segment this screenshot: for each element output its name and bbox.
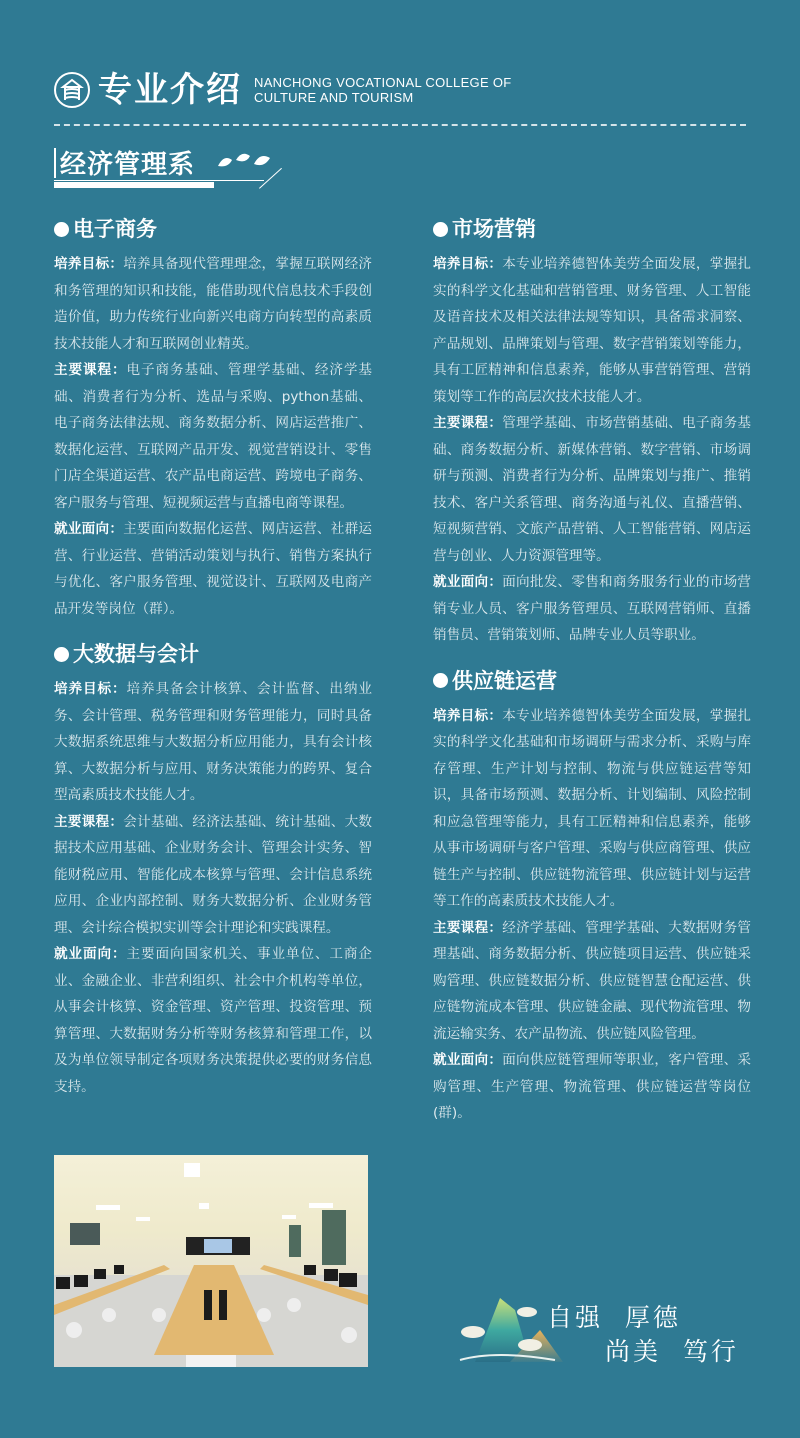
major-title-text: 电子商务 bbox=[73, 215, 157, 243]
major-marketing: 市场营销 培养目标：本专业培养德智体美劳全面发展，掌握扎实的科学文化基础和营销管… bbox=[433, 215, 751, 649]
major-title: 供应链运营 bbox=[433, 667, 751, 695]
section-label: 培养目标： bbox=[54, 256, 123, 272]
major-title: 大数据与会计 bbox=[54, 640, 372, 668]
department-title: 经济管理系 bbox=[60, 144, 195, 181]
college-name-line2: CULTURE AND TOURISM bbox=[254, 90, 512, 105]
motto-line2: 尚美 笃行 bbox=[605, 1332, 739, 1368]
training-goal: 培养目标：培养具备会计核算、会计监督、出纳业务、会计管理、税务管理和财务管理能力… bbox=[54, 676, 372, 809]
training-goal: 培养目标：本专业培养德智体美劳全面发展，掌握扎实的科学文化基础和营销管理、财务管… bbox=[433, 251, 751, 410]
section-label: 培养目标： bbox=[433, 256, 502, 272]
bullet-icon bbox=[433, 673, 448, 688]
section-label: 主要课程： bbox=[54, 814, 123, 830]
college-name-line1: NANCHONG VOCATIONAL COLLEGE OF bbox=[254, 75, 512, 90]
main-courses: 主要课程：电子商务基础、管理学基础、经济学基础、消费者行为分析、选品与采购、py… bbox=[54, 357, 372, 516]
main-courses: 主要课程：会计基础、经济法基础、统计基础、大数据技术应用基础、企业财务会计、管理… bbox=[54, 809, 372, 942]
section-text: 电子商务基础、管理学基础、经济学基础、消费者行为分析、选品与采购、python基… bbox=[54, 362, 372, 511]
section-text: 管理学基础、市场营销基础、电子商务基础、商务数据分析、新媒体营销、数字营销、市场… bbox=[433, 415, 751, 564]
major-title-text: 大数据与会计 bbox=[73, 640, 199, 668]
training-goal: 培养目标：本专业培养德智体美劳全面发展，掌握扎实的科学文化基础和市场调研与需求分… bbox=[433, 703, 751, 915]
department-heading: 经济管理系 bbox=[54, 140, 294, 192]
heading-bar-decoration bbox=[54, 148, 56, 178]
college-motto: 自强 厚德 尚美 笃行 bbox=[455, 1290, 755, 1370]
section-label: 主要课程： bbox=[54, 362, 126, 378]
bullet-icon bbox=[54, 222, 69, 237]
section-label: 培养目标： bbox=[54, 681, 126, 697]
section-label: 就业面向： bbox=[433, 1052, 502, 1068]
career-direction: 就业面向：面向供应链管理师等职业，客户管理、采购管理、生产管理、物流管理、供应链… bbox=[433, 1047, 751, 1127]
major-big-data-accounting: 大数据与会计 培养目标：培养具备会计核算、会计监督、出纳业务、会计管理、税务管理… bbox=[54, 640, 372, 1100]
section-text: 本专业培养德智体美劳全面发展，掌握扎实的科学文化基础和市场调研与需求分析、采购与… bbox=[433, 708, 751, 910]
major-title: 电子商务 bbox=[54, 215, 372, 243]
training-goal: 培养目标：培养具备现代管理理念，掌握互联网经济和务管理的知识和技能，能借助现代信… bbox=[54, 251, 372, 357]
major-supply-chain: 供应链运营 培养目标：本专业培养德智体美劳全面发展，掌握扎实的科学文化基础和市场… bbox=[433, 667, 751, 1127]
heading-underline-bar bbox=[54, 182, 214, 188]
major-title-text: 市场营销 bbox=[452, 215, 536, 243]
section-label: 就业面向： bbox=[54, 521, 123, 537]
page-title: 专业介绍 bbox=[98, 70, 242, 110]
section-text: 会计基础、经济法基础、统计基础、大数据技术应用基础、企业财务会计、管理会计实务、… bbox=[54, 814, 372, 936]
bullet-icon bbox=[433, 222, 448, 237]
section-text: 本专业培养德智体美劳全面发展，掌握扎实的科学文化基础和营销管理、财务管理、人工智… bbox=[433, 256, 751, 405]
section-text: 培养具备会计核算、会计监督、出纳业务、会计管理、税务管理和财务管理能力，同时具备… bbox=[54, 681, 372, 803]
main-courses: 主要课程：管理学基础、市场营销基础、电子商务基础、商务数据分析、新媒体营销、数字… bbox=[433, 410, 751, 569]
page-header: 专业介绍 NANCHONG VOCATIONAL COLLEGE OF CULT… bbox=[54, 70, 512, 110]
main-courses: 主要课程：经济学基础、管理学基础、大数据财务管理基础、商务数据分析、供应链项目运… bbox=[433, 915, 751, 1048]
career-direction: 就业面向：面向批发、零售和商务服务行业的市场营销专业人员、客户服务管理员、互联网… bbox=[433, 569, 751, 649]
college-emblem-icon bbox=[54, 72, 90, 108]
major-ecommerce: 电子商务 培养目标：培养具备现代管理理念，掌握互联网经济和务管理的知识和技能，能… bbox=[54, 215, 372, 622]
bullet-icon bbox=[54, 647, 69, 662]
right-column: 市场营销 培养目标：本专业培养德智体美劳全面发展，掌握扎实的科学文化基础和营销管… bbox=[433, 215, 751, 1145]
computer-lab-photo bbox=[54, 1155, 368, 1367]
motto-line1: 自强 厚德 bbox=[547, 1298, 681, 1334]
heading-underline bbox=[54, 180, 264, 181]
major-title-text: 供应链运营 bbox=[452, 667, 557, 695]
ginkgo-leaves-icon bbox=[216, 148, 276, 174]
section-label: 主要课程： bbox=[433, 920, 502, 936]
section-label: 培养目标： bbox=[433, 708, 502, 724]
major-title: 市场营销 bbox=[433, 215, 751, 243]
section-label: 就业面向： bbox=[54, 946, 126, 962]
career-direction: 就业面向：主要面向数据化运营、网店运营、社群运营、行业运营、营销活动策划与执行、… bbox=[54, 516, 372, 622]
section-label: 就业面向： bbox=[433, 574, 502, 590]
section-text: 主要面向国家机关、事业单位、工商企业、金融企业、非营利组织、社会中介机构等单位，… bbox=[54, 946, 372, 1095]
college-name-english: NANCHONG VOCATIONAL COLLEGE OF CULTURE A… bbox=[254, 75, 512, 105]
section-text: 经济学基础、管理学基础、大数据财务管理基础、商务数据分析、供应链项目运营、供应链… bbox=[433, 920, 751, 1042]
career-direction: 就业面向：主要面向国家机关、事业单位、工商企业、金融企业、非营利组织、社会中介机… bbox=[54, 941, 372, 1100]
left-column: 电子商务 培养目标：培养具备现代管理理念，掌握互联网经济和务管理的知识和技能，能… bbox=[54, 215, 372, 1118]
header-divider bbox=[54, 124, 746, 126]
section-label: 主要课程： bbox=[433, 415, 502, 431]
